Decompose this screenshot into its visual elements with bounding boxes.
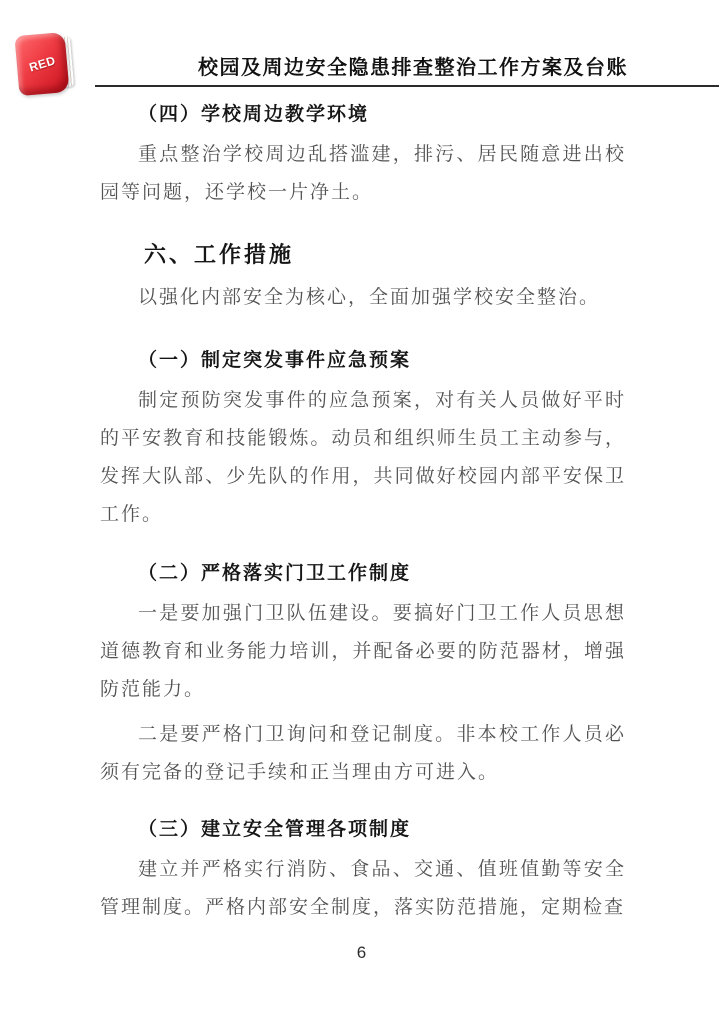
section-1-emergency-plan: （一）制定突发事件应急预案 制定预防突发事件的应急预案，对有关人员做好平时的平安… [100, 347, 626, 534]
paragraph: 制定预防突发事件的应急预案，对有关人员做好平时的平安教育和技能锻炼。动员和组织师… [100, 382, 626, 534]
section-3-safety-management: （三）建立安全管理各项制度 建立并严格实行消防、食品、交通、值班值勤等安全管理制… [100, 816, 626, 927]
paragraph: 重点整治学校周边乱搭滥建，排污、居民随意进出校园等问题，还学校一片净土。 [100, 136, 626, 212]
chapter-heading: 六、工作措施 [100, 238, 626, 272]
page-header: RED 校园及周边安全隐患排查整治工作方案及台账 [0, 0, 723, 87]
section-heading: （二）严格落实门卫工作制度 [100, 560, 626, 588]
section-4-school-surroundings: （四）学校周边教学环境 重点整治学校周边乱搭滥建，排污、居民随意进出校园等问题，… [100, 101, 626, 212]
red-book-icon: RED [14, 32, 69, 96]
paragraph: 二是要严格门卫询问和登记制度。非本校工作人员必须有完备的登记手续和正当理由方可进… [100, 716, 626, 792]
header-rule [95, 85, 719, 87]
page-footer: 6 [0, 943, 723, 963]
book-cover: RED [14, 32, 69, 96]
page-number: 6 [357, 943, 366, 962]
paragraph: 一是要加强门卫队伍建设。要搞好门卫工作人员思想道德教育和业务能力培训，并配备必要… [100, 595, 626, 709]
paragraph: 以强化内部安全为核心，全面加强学校安全整治。 [100, 279, 626, 317]
section-heading: （四）学校周边教学环境 [100, 101, 626, 129]
document-page: RED 校园及周边安全隐患排查整治工作方案及台账 （四）学校周边教学环境 重点整… [0, 0, 723, 1024]
section-2-gatekeeper-system: （二）严格落实门卫工作制度 一是要加强门卫队伍建设。要搞好门卫工作人员思想道德教… [100, 560, 626, 792]
document-body: （四）学校周边教学环境 重点整治学校周边乱搭滥建，排污、居民随意进出校园等问题，… [0, 101, 723, 927]
book-label: RED [27, 53, 57, 74]
section-6-work-measures: 六、工作措施 以强化内部安全为核心，全面加强学校安全整治。 [100, 238, 626, 317]
header-title: 校园及周边安全隐患排查整治工作方案及台账 [198, 51, 628, 80]
section-heading: （一）制定突发事件应急预案 [100, 347, 626, 375]
section-heading: （三）建立安全管理各项制度 [100, 816, 626, 844]
paragraph: 建立并严格实行消防、食品、交通、值班值勤等安全管理制度。严格内部安全制度，落实防… [100, 851, 626, 927]
